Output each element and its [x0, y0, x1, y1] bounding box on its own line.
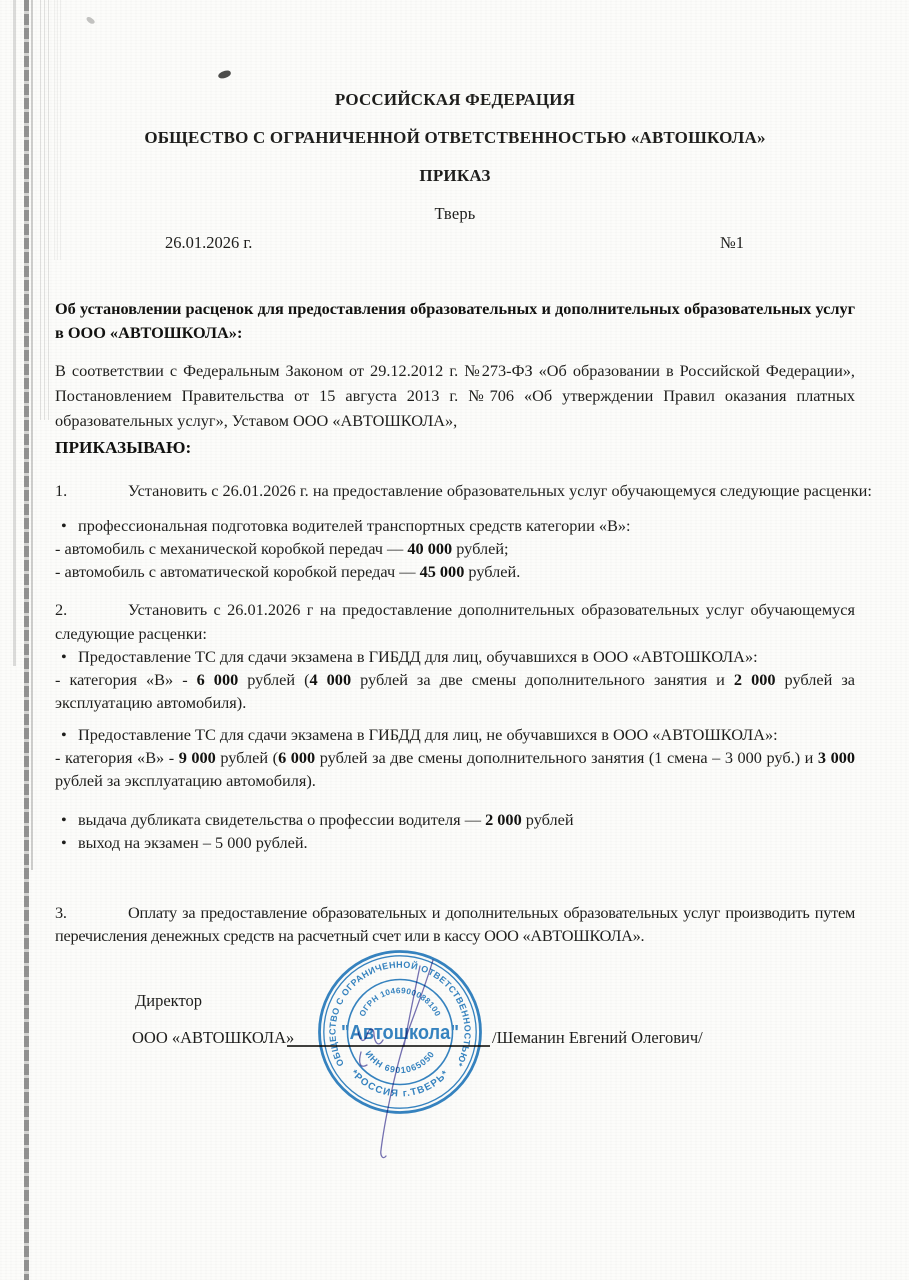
price-text: рублей	[522, 810, 574, 829]
price-text: рублей за две смены дополнительного заня…	[351, 670, 734, 689]
price-value: 2 000	[734, 670, 776, 689]
price-value: 9 000	[179, 748, 216, 767]
scan-edge-streak	[24, 0, 29, 1280]
signer-name: /Шеманин Евгений Олегович/	[492, 1028, 703, 1048]
scan-edge-streak	[31, 0, 33, 870]
price-value: 6 000	[197, 670, 239, 689]
header-country: РОССИЙСКАЯ ФЕДЕРАЦИЯ	[55, 90, 855, 110]
item-3-number: 3.	[55, 901, 128, 924]
bullet-marker: •	[55, 723, 78, 746]
price-value: 3 000	[818, 748, 855, 767]
price-line-manual: - автомобиль с механической коробкой пер…	[55, 537, 855, 560]
price-text: выдача дубликата свидетельства о професс…	[78, 810, 485, 829]
ink-speck	[85, 16, 95, 25]
price-value: 40 000	[407, 539, 452, 558]
price-line-exam-trained: - категория «В» - 6 000 рублей (4 000 ру…	[55, 668, 855, 714]
bullet-marker: •	[55, 514, 78, 537]
bullet-text: Предоставление ТС для сдачи экзамена в Г…	[78, 647, 758, 666]
bullet-marker: •	[55, 645, 78, 668]
price-value: 2 000	[485, 810, 522, 829]
bullet-exam-untrained: •Предоставление ТС для сдачи экзамена в …	[55, 723, 855, 746]
price-text: рублей за две смены дополнительного заня…	[315, 748, 818, 767]
bullet-exam-attempt: •выход на экзамен – 5 000 рублей.	[55, 831, 855, 854]
bullet-category-b: •профессиональная подготовка водителей т…	[55, 514, 855, 537]
price-value: 6 000	[278, 748, 315, 767]
order-item-1: 1.Установить с 26.01.2026 г. на предоста…	[55, 479, 855, 502]
bullet-text: выход на экзамен – 5 000 рублей.	[78, 833, 308, 852]
price-text: - автомобиль с механической коробкой пер…	[55, 539, 407, 558]
resolve-word: ПРИКАЗЫВАЮ:	[55, 438, 855, 458]
signer-org: ООО «АВТОШКОЛА»	[132, 1028, 294, 1048]
bullet-marker: •	[55, 808, 78, 831]
item-2-number: 2.	[55, 598, 128, 622]
pen-signature	[325, 942, 455, 1182]
bullet-marker: •	[55, 831, 78, 854]
scan-edge-streak	[40, 0, 52, 420]
order-number: №1	[720, 233, 744, 253]
price-value: 4 000	[310, 670, 352, 689]
price-line-exam-untrained: - категория «В» - 9 000 рублей (6 000 ру…	[55, 746, 855, 792]
signer-role: Директор	[135, 991, 202, 1011]
price-text: рублей (	[216, 748, 278, 767]
price-text: - категория «В» -	[55, 748, 179, 767]
item-1-text: Установить с 26.01.2026 г. на предоставл…	[128, 481, 872, 500]
preamble-paragraph: В соответствии с Федеральным Законом от …	[55, 358, 855, 433]
order-item-2: 2.Установить с 26.01.2026 г на предостав…	[55, 598, 855, 645]
scan-edge-streak	[13, 0, 16, 666]
price-text: рублей (	[238, 670, 309, 689]
item-3-text: Оплату за предоставление образовательных…	[55, 903, 855, 945]
price-text: - автомобиль с автоматической коробкой п…	[55, 562, 420, 581]
price-text: - категория «В» -	[55, 670, 197, 689]
header-company: ОБЩЕСТВО С ОГРАНИЧЕННОЙ ОТВЕТСТВЕННОСТЬЮ…	[55, 128, 855, 148]
price-text: рублей;	[452, 539, 508, 558]
ink-speck	[217, 70, 231, 80]
price-text: рублей за эксплуатацию автомобиля).	[55, 771, 316, 790]
subject-paragraph: Об установлении расценок для предоставле…	[55, 297, 855, 345]
bullet-text: Предоставление ТС для сдачи экзамена в Г…	[78, 725, 778, 744]
header-doc-type: ПРИКАЗ	[55, 166, 855, 186]
bullet-text: профессиональная подготовка водителей тр…	[78, 516, 631, 535]
price-line-automatic: - автомобиль с автоматической коробкой п…	[55, 560, 855, 583]
order-date: 26.01.2026 г.	[165, 233, 252, 253]
item-2-text: Установить с 26.01.2026 г на предоставле…	[55, 600, 855, 643]
price-value: 45 000	[420, 562, 465, 581]
bullet-exam-trained: •Предоставление ТС для сдачи экзамена в …	[55, 645, 855, 668]
item-1-number: 1.	[55, 479, 128, 502]
price-text: рублей.	[464, 562, 520, 581]
scanned-order-document: РОССИЙСКАЯ ФЕДЕРАЦИЯ ОБЩЕСТВО С ОГРАНИЧЕ…	[0, 0, 909, 1280]
bullet-duplicate-certificate: •выдача дубликата свидетельства о профес…	[55, 808, 855, 831]
header-city: Тверь	[55, 204, 855, 224]
order-item-3: 3.Оплату за предоставление образовательн…	[55, 901, 855, 947]
